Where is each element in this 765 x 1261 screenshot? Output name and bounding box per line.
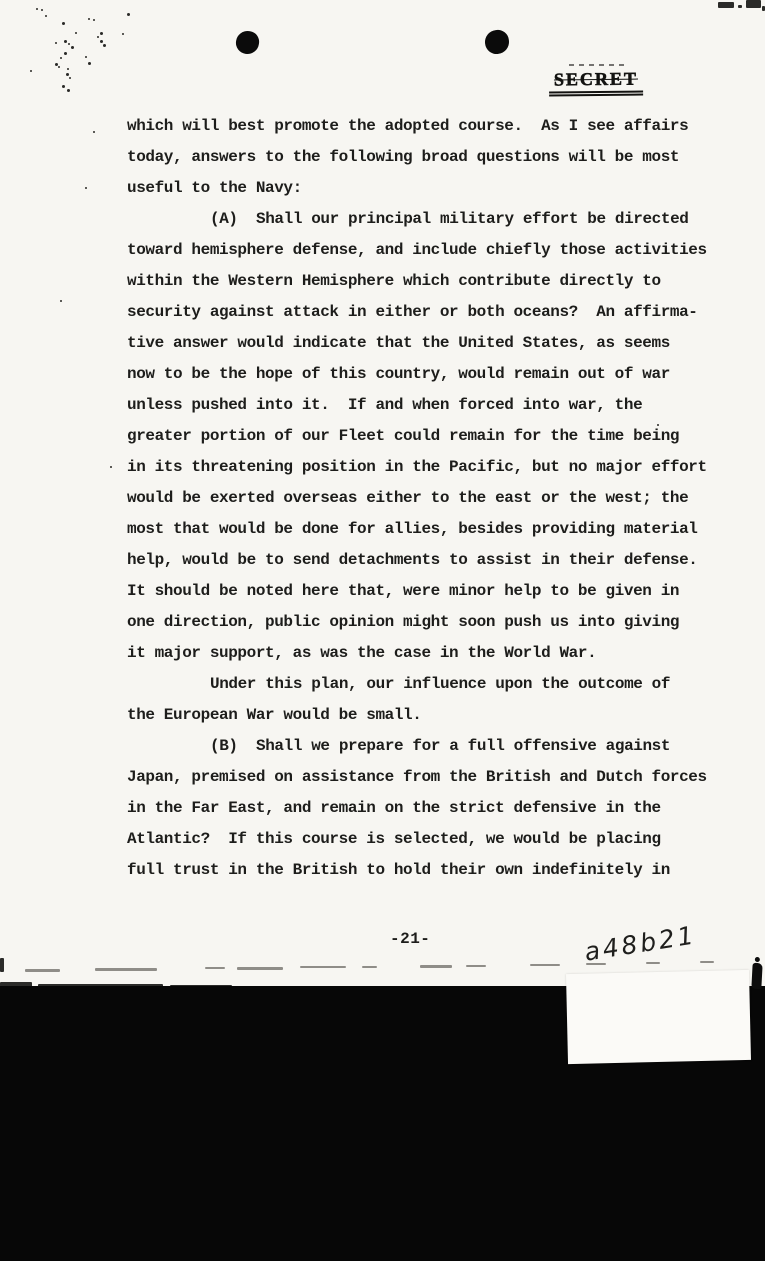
- text-line: which will best promote the adopted cour…: [127, 111, 739, 142]
- overlapping-paper-corner: [566, 970, 751, 1064]
- scan-speck: [58, 66, 60, 68]
- text-line: greater portion of our Fleet could remai…: [127, 421, 739, 452]
- scan-speck: [67, 89, 70, 92]
- scan-speck: [75, 32, 77, 34]
- scan-speck: [69, 77, 71, 79]
- text-line: Japan, premised on assistance from the B…: [127, 762, 739, 793]
- scan-speck: [97, 36, 99, 38]
- text-line: the European War would be small.: [127, 700, 739, 731]
- scan-speck: [100, 40, 103, 43]
- scan-speck: [657, 424, 659, 426]
- scan-speck: [64, 52, 67, 55]
- scan-dash: [237, 967, 283, 970]
- text-line: in its threatening position in the Pacif…: [127, 452, 739, 483]
- scan-speck: [36, 8, 38, 10]
- scan-speck: [93, 131, 95, 133]
- scan-speck: [103, 44, 106, 47]
- scan-dash: [95, 968, 157, 971]
- scan-dash: [300, 966, 346, 968]
- scan-speck: [60, 300, 62, 302]
- scan-dash: [530, 964, 560, 966]
- scan-dash: [700, 961, 714, 963]
- scan-dash: [25, 969, 60, 972]
- text-line: useful to the Navy:: [127, 173, 739, 204]
- scan-dash: [0, 958, 4, 972]
- secret-stamp-text: SECRET: [549, 69, 643, 97]
- text-line: in the Far East, and remain on the stric…: [127, 793, 739, 824]
- scan-dash: [420, 965, 452, 968]
- stamp-noise-marks: [549, 64, 643, 66]
- scan-speck: [41, 9, 43, 11]
- scan-dash: [362, 966, 377, 968]
- text-line: (B) Shall we prepare for a full offensiv…: [127, 731, 739, 762]
- text-line: security against attack in either or bot…: [127, 297, 739, 328]
- scan-speck: [110, 466, 112, 468]
- page-number: -21-: [390, 930, 430, 948]
- text-line: within the Western Hemisphere which cont…: [127, 266, 739, 297]
- text-line: unless pushed into it. If and when force…: [127, 390, 739, 421]
- right-edge-mark: [751, 963, 762, 989]
- hole-punch-left-icon: [235, 30, 261, 56]
- text-line: (A) Shall our principal military effort …: [127, 204, 739, 235]
- scan-dash: [205, 967, 225, 969]
- scan-speck: [62, 22, 65, 25]
- text-line: toward hemisphere defense, and include c…: [127, 235, 739, 266]
- document-body: which will best promote the adopted cour…: [127, 111, 739, 886]
- scan-speck: [60, 57, 62, 59]
- text-line: Under this plan, our influence upon the …: [127, 669, 739, 700]
- text-line: Atlantic? If this course is selected, we…: [127, 824, 739, 855]
- scan-speck: [66, 73, 69, 76]
- scan-dash: [718, 2, 734, 8]
- handwritten-annotation: a48b21: [582, 920, 698, 966]
- scanned-document-page: SECRET which will best promote the adopt…: [0, 0, 765, 1261]
- scan-speck: [88, 18, 90, 20]
- scan-speck: [88, 62, 91, 65]
- text-line: today, answers to the following broad qu…: [127, 142, 739, 173]
- classification-stamp: SECRET: [549, 64, 643, 96]
- text-line: now to be the hope of this country, woul…: [127, 359, 739, 390]
- scan-dash: [586, 963, 606, 965]
- text-line: tive answer would indicate that the Unit…: [127, 328, 739, 359]
- scan-dash: [466, 965, 486, 967]
- text-line: it major support, as was the case in the…: [127, 638, 739, 669]
- scan-speck: [93, 19, 95, 21]
- scan-dash: [738, 5, 742, 8]
- scan-speck: [30, 70, 32, 72]
- text-line: full trust in the British to hold their …: [127, 855, 739, 886]
- scan-speck: [64, 40, 67, 43]
- scan-dash: [646, 962, 660, 964]
- scan-speck: [100, 32, 103, 35]
- text-line: It should be noted here that, were minor…: [127, 576, 739, 607]
- scan-dash: [746, 0, 761, 8]
- text-line: help, would be to send detachments to as…: [127, 545, 739, 576]
- scan-speck: [55, 42, 57, 44]
- scan-speck: [62, 85, 65, 88]
- scan-speck: [68, 43, 70, 45]
- text-line: one direction, public opinion might soon…: [127, 607, 739, 638]
- text-line: most that would be done for allies, besi…: [127, 514, 739, 545]
- scan-speck: [71, 46, 74, 49]
- scan-speck: [122, 33, 124, 35]
- text-line: would be exerted overseas either to the …: [127, 483, 739, 514]
- scan-speck: [45, 15, 47, 17]
- scan-speck: [67, 68, 69, 70]
- scan-speck: [85, 56, 87, 58]
- scan-speck: [127, 13, 130, 16]
- hole-punch-right-icon: [484, 29, 510, 55]
- scan-speck: [85, 187, 87, 189]
